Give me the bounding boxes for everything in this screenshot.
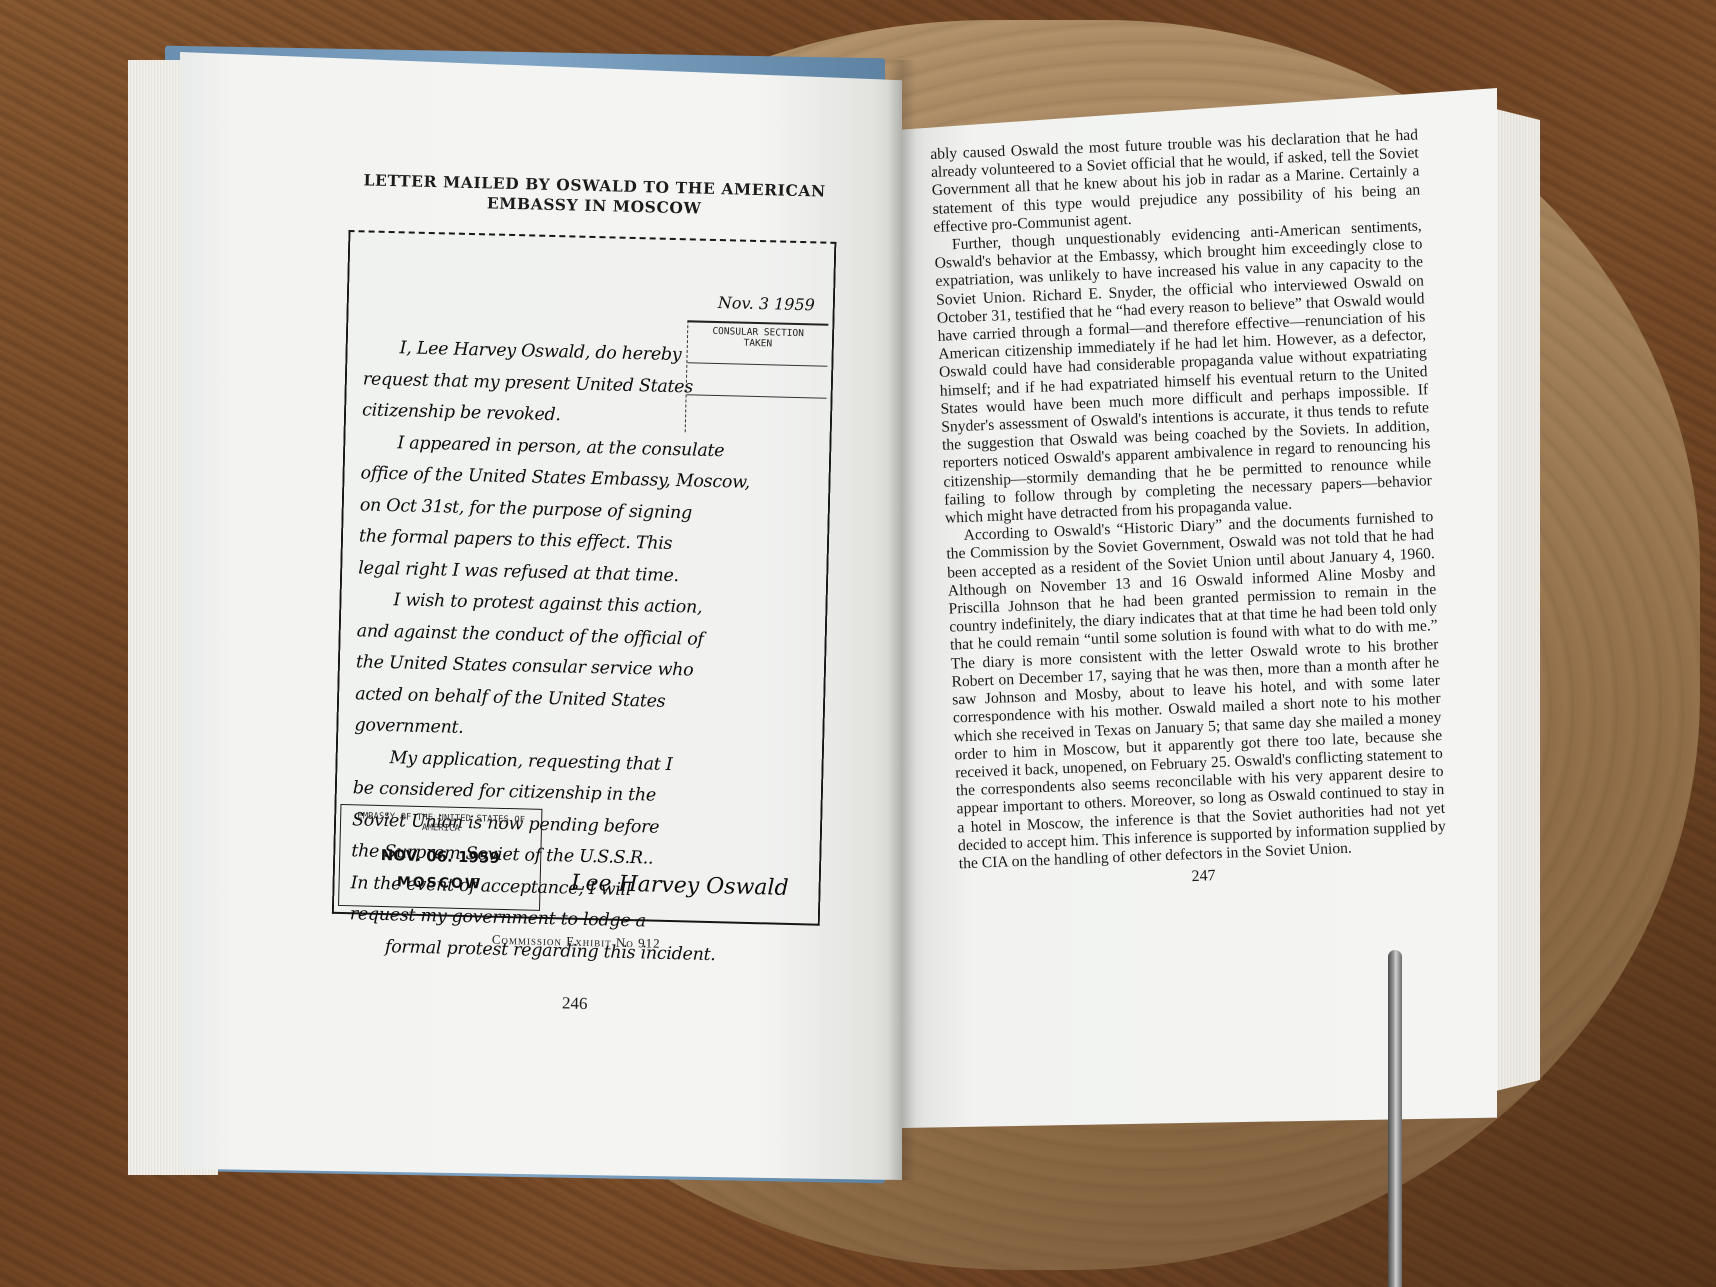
right-page-content: ably caused Oswald the most future troub… xyxy=(930,126,1448,895)
body-paragraph: According to Oswald's “Historic Diary” a… xyxy=(945,508,1446,873)
pen xyxy=(1388,950,1402,1287)
left-page-content: LETTER MAILED BY OSWALD TO THE AMERICAN … xyxy=(330,170,840,1020)
body-paragraph: Further, though unquestionably evidencin… xyxy=(934,217,1433,528)
letter-date: Nov. 3 1959 xyxy=(718,293,815,314)
stamp-date: NOV. 06. 1959 xyxy=(340,845,540,868)
stamp-header: EMBASSY OF THE UNITED STATES OF AMERICA xyxy=(341,811,541,836)
signature: Lee Harvey Oswald xyxy=(571,871,789,901)
letter-facsimile: Nov. 3 1959 CONSULAR SECTION TAKEN I, Le… xyxy=(332,230,837,926)
open-book: LETTER MAILED BY OSWALD TO THE AMERICAN … xyxy=(0,0,1716,1287)
book-gutter xyxy=(888,60,916,1180)
stamp-city: MOSCOW xyxy=(339,873,539,894)
embassy-stamp: EMBASSY OF THE UNITED STATES OF AMERICA … xyxy=(338,804,542,911)
